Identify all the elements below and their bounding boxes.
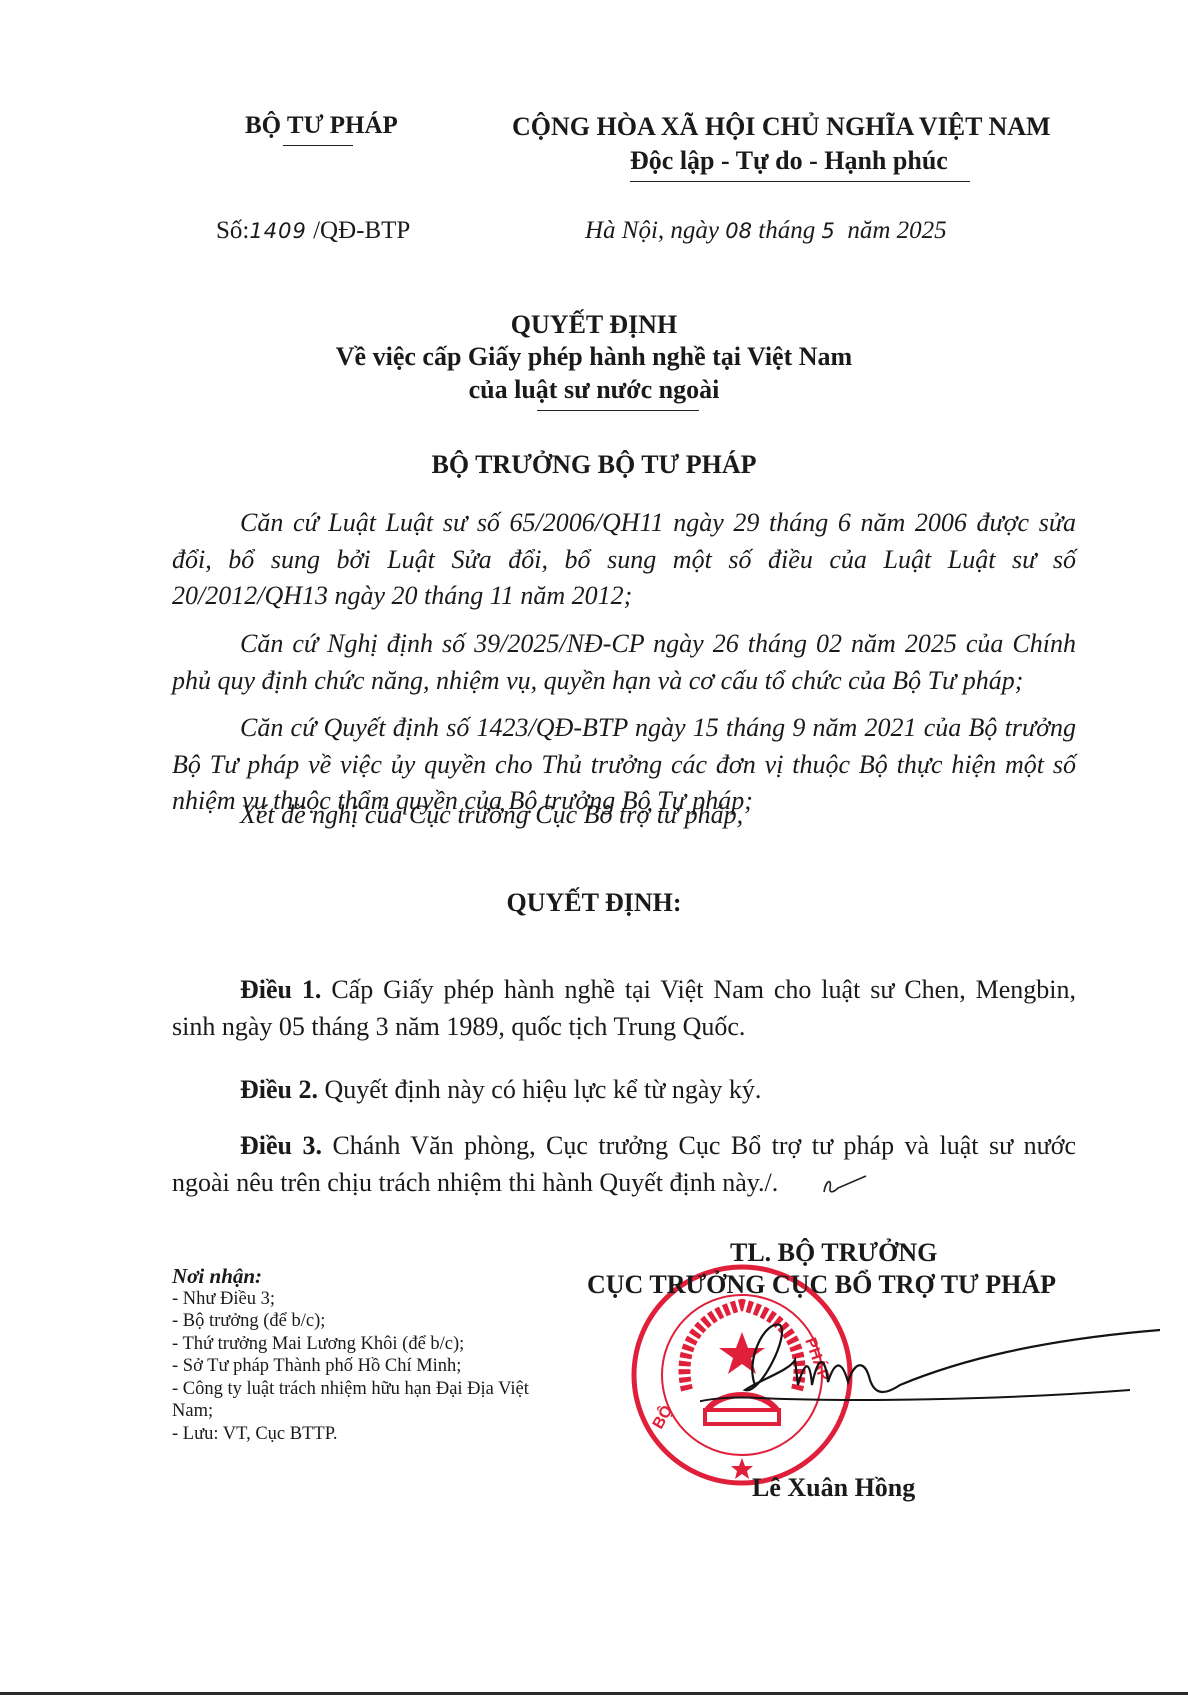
recipient-item: - Sở Tư pháp Thành phố Hồ Chí Minh; bbox=[172, 1355, 572, 1378]
article-3: Điều 3. Chánh Văn phòng, Cục trưởng Cục … bbox=[172, 1128, 1076, 1201]
article-label: Điều 2. bbox=[240, 1075, 318, 1104]
signatory-position: CỤC TRƯỞNG CỤC BỔ TRỢ TƯ PHÁP bbox=[587, 1270, 1056, 1300]
signatory-name: Lê Xuân Hồng bbox=[752, 1473, 915, 1503]
svg-text:PHÁP: PHÁP bbox=[801, 1335, 834, 1384]
article-1: Điều 1. Cấp Giấy phép hành nghề tại Việt… bbox=[172, 972, 1076, 1045]
recipient-item: - Bộ trưởng (để b/c); bbox=[172, 1310, 572, 1333]
document-subject-line2: của luật sư nước ngoài bbox=[0, 375, 1188, 405]
recipient-item: - Công ty luật trách nhiệm hữu hạn Đại Đ… bbox=[172, 1378, 557, 1423]
legal-basis-4: Xét đề nghị của Cục trưởng Cục Bổ trợ tư… bbox=[240, 797, 1144, 834]
title-underline bbox=[537, 410, 699, 411]
article-2: Điều 2. Quyết định này có hiệu lực kể từ… bbox=[172, 1072, 1076, 1109]
document-subject-line1: Về việc cấp Giấy phép hành nghề tại Việt… bbox=[0, 342, 1188, 372]
recipient-item: - Như Điều 3; bbox=[172, 1288, 572, 1311]
initial-mark-icon bbox=[820, 1172, 870, 1198]
decision-heading: QUYẾT ĐỊNH: bbox=[0, 888, 1188, 918]
agency-underline bbox=[283, 145, 353, 146]
doc-number-prefix: Số: bbox=[216, 217, 249, 244]
date-month: 5 bbox=[821, 219, 834, 243]
place-date-prefix: Hà Nội, ngày bbox=[585, 217, 719, 244]
issuing-agency: BỘ TƯ PHÁP bbox=[245, 112, 398, 140]
article-label: Điều 3. bbox=[240, 1131, 322, 1160]
doc-number-handwritten: 1409 bbox=[249, 219, 306, 243]
motto-underline bbox=[630, 181, 970, 182]
place-and-date: Hà Nội, ngày 08 tháng 5 năm 2025 bbox=[585, 217, 947, 245]
recipients-heading: Nơi nhận: bbox=[172, 1265, 572, 1288]
article-label: Điều 1. bbox=[240, 975, 321, 1004]
handwritten-signature-icon bbox=[700, 1300, 1180, 1440]
month-label: tháng bbox=[758, 217, 815, 244]
recipient-item: - Lưu: VT, Cục BTTP. bbox=[172, 1423, 572, 1446]
national-motto: Độc lập - Tự do - Hạnh phúc bbox=[630, 146, 948, 176]
recipients-list: Nơi nhận: - Như Điều 3; - Bộ trưởng (để … bbox=[172, 1265, 572, 1445]
legal-basis-1: Căn cứ Luật Luật sư số 65/2006/QH11 ngày… bbox=[172, 505, 1076, 615]
legal-basis-2: Căn cứ Nghị định số 39/2025/NĐ-CP ngày 2… bbox=[172, 626, 1076, 699]
doc-number-suffix: /QĐ-BTP bbox=[313, 217, 410, 244]
document-type: QUYẾT ĐỊNH bbox=[0, 310, 1188, 340]
svg-text:BỘ: BỘ bbox=[648, 1402, 676, 1432]
document-number: Số:1409 /QĐ-BTP bbox=[216, 217, 410, 245]
signature-on-behalf: TL. BỘ TRƯỞNG bbox=[730, 1238, 937, 1268]
year-label: năm 2025 bbox=[847, 217, 946, 244]
date-day: 08 bbox=[725, 219, 752, 243]
issuing-authority: BỘ TRƯỞNG BỘ TƯ PHÁP bbox=[0, 450, 1188, 480]
recipient-item: - Thứ trưởng Mai Lương Khôi (để b/c); bbox=[172, 1333, 572, 1356]
country-name: CỘNG HÒA XÃ HỘI CHỦ NGHĨA VIỆT NAM bbox=[512, 112, 1051, 142]
